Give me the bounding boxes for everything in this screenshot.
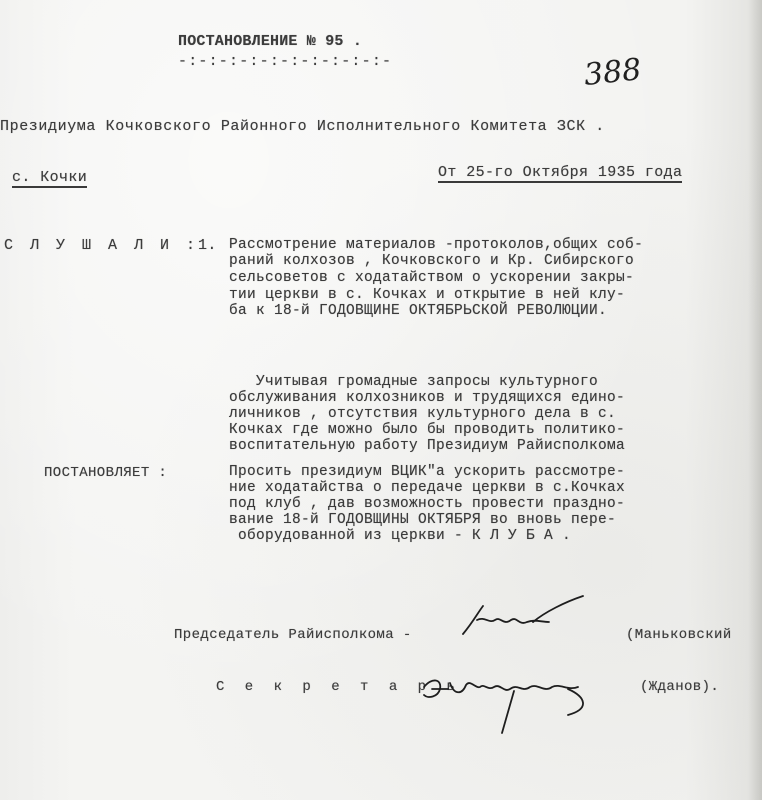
archive-number-handwritten: 388 [582, 52, 643, 93]
document-title: ПОСТАНОВЛЕНИЕ № 95 . [178, 34, 362, 49]
resolved-line: вание 18-й ГОДОВЩИНЫ ОКТЯБРЯ во вновь пе… [229, 513, 616, 528]
paper-edge-shadow [748, 0, 762, 800]
resolved-line: обслуживания колхозников и трудящихся ед… [229, 391, 625, 406]
heard-label: С Л У Ш А Л И : [4, 238, 199, 253]
heard-line: ба к 18-й ГОДОВЩИНЕ ОКТЯБРЬСКОЙ РЕВОЛЮЦИ… [229, 304, 607, 319]
heard-line: тии церкви в с. Кочках и открытие в ней … [229, 288, 625, 303]
resolved-label: ПОСТАНОВЛЯЕТ : [44, 466, 167, 481]
date: От 25-го Октября 1935 года [438, 165, 682, 183]
issuer-line: Президиума Кочковского Районного Исполни… [0, 119, 605, 134]
resolved-line: личников , отсутствия культурного дела в… [229, 407, 616, 422]
resolved-line: Просить президиум ВЦИК"а ускорить рассмо… [229, 465, 625, 480]
resolved-line: Кочках где можно было бы проводить полит… [229, 423, 625, 438]
place: с. Кочки [12, 170, 87, 188]
resolved-line: под клуб , дав возможность провести праз… [229, 497, 625, 512]
chairman-name: (Маньковский [626, 628, 732, 643]
resolved-line: ние ходатайства о передаче церкви в с.Ко… [229, 481, 625, 496]
resolved-line: оборудованной из церкви - К Л У Б А . [229, 529, 571, 544]
heard-line: Рассмотрение материалов -протоколов,общи… [229, 238, 643, 253]
heard-item-number: 1. [198, 238, 217, 253]
heard-line: сельсоветов с ходатайством о ускорении з… [229, 271, 634, 286]
title-underline-rule: -:-:-:-:-:-:-:-:-:-:- [178, 54, 392, 69]
secretary-signature [418, 665, 608, 735]
chairman-signature [455, 592, 605, 642]
heard-line: раний колхозов , Кочковского и Кр. Сибир… [229, 254, 634, 269]
resolved-line: Учитывая громадные запросы культурного [229, 375, 598, 390]
resolved-line: воспитательную работу Президиум Райиспол… [229, 439, 625, 454]
secretary-name: (Жданов). [640, 680, 719, 695]
chairman-role: Председатель Райисполкома - [174, 628, 412, 643]
